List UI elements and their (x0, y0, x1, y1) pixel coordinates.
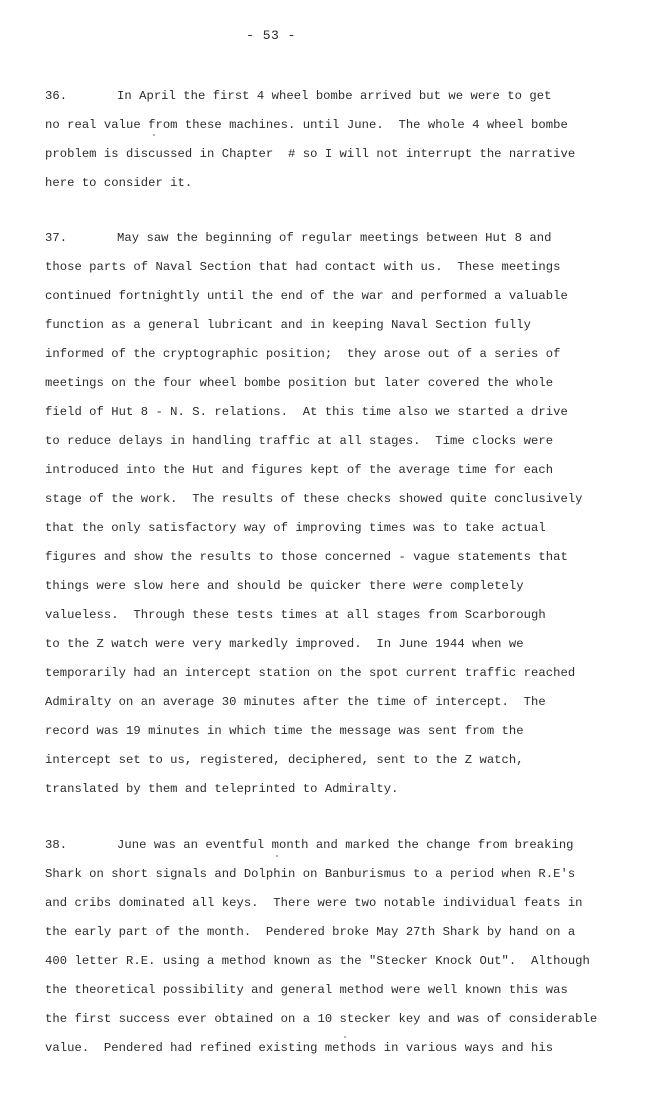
text-line: figures and show the results to those co… (45, 543, 605, 572)
text-line: record was 19 minutes in which time the … (45, 717, 605, 746)
text-line: function as a general lubricant and in k… (45, 311, 605, 340)
text-line: valueless. Through these tests times at … (45, 601, 605, 630)
scan-speck (276, 855, 278, 857)
paragraph-37: 37.May saw the beginning of regular meet… (45, 224, 605, 804)
paragraph-number: 37. (45, 224, 117, 253)
paragraph-36: 36.In April the first 4 wheel bombe arri… (45, 82, 605, 198)
text-line: those parts of Naval Section that had co… (45, 253, 605, 282)
text-line: introduced into the Hut and figures kept… (45, 456, 605, 485)
text-line: the early part of the month. Pendered br… (45, 918, 605, 947)
text-line: stage of the work. The results of these … (45, 485, 605, 514)
paragraph-first-line: 36.In April the first 4 wheel bombe arri… (45, 82, 605, 111)
text-line: Shark on short signals and Dolphin on Ba… (45, 860, 605, 889)
scan-speck (153, 134, 155, 136)
text-line: translated by them and teleprinted to Ad… (45, 775, 605, 804)
paragraph-38: 38.June was an eventful month and marked… (45, 831, 605, 1063)
text-line: May saw the beginning of regular meeting… (117, 231, 551, 245)
text-line: here to consider it. (45, 169, 605, 198)
text-line: intercept set to us, registered, deciphe… (45, 746, 605, 775)
text-line: temporarily had an intercept station on … (45, 659, 605, 688)
scan-speck (344, 1036, 346, 1038)
text-line: meetings on the four wheel bombe positio… (45, 369, 605, 398)
text-line: things were slow here and should be quic… (45, 572, 605, 601)
paragraph-first-line: 38.June was an eventful month and marked… (45, 831, 605, 860)
paragraph-first-line: 37.May saw the beginning of regular meet… (45, 224, 605, 253)
text-line: In April the first 4 wheel bombe arrived… (117, 89, 551, 103)
text-line: Admiralty on an average 30 minutes after… (45, 688, 605, 717)
paragraph-number: 38. (45, 831, 117, 860)
text-line: and cribs dominated all keys. There were… (45, 889, 605, 918)
paragraph-number: 36. (45, 82, 117, 111)
scan-speck (426, 582, 428, 584)
text-line: June was an eventful month and marked th… (117, 838, 574, 852)
text-line: the theoretical possibility and general … (45, 976, 605, 1005)
text-line: value. Pendered had refined existing met… (45, 1034, 605, 1063)
page-number: - 53 - (0, 28, 542, 43)
text-line: 400 letter R.E. using a method known as … (45, 947, 605, 976)
text-line: field of Hut 8 - N. S. relations. At thi… (45, 398, 605, 427)
text-line: informed of the cryptographic position; … (45, 340, 605, 369)
text-line: to the Z watch were very markedly improv… (45, 630, 605, 659)
text-line: to reduce delays in handling traffic at … (45, 427, 605, 456)
text-line: problem is discussed in Chapter # so I w… (45, 140, 605, 169)
text-line: continued fortnightly until the end of t… (45, 282, 605, 311)
document-page: - 53 - 36.In April the first 4 wheel bom… (0, 0, 650, 1093)
text-line: the first success ever obtained on a 10 … (45, 1005, 605, 1034)
text-line: no real value from these machines. until… (45, 111, 605, 140)
text-line: that the only satisfactory way of improv… (45, 514, 605, 543)
